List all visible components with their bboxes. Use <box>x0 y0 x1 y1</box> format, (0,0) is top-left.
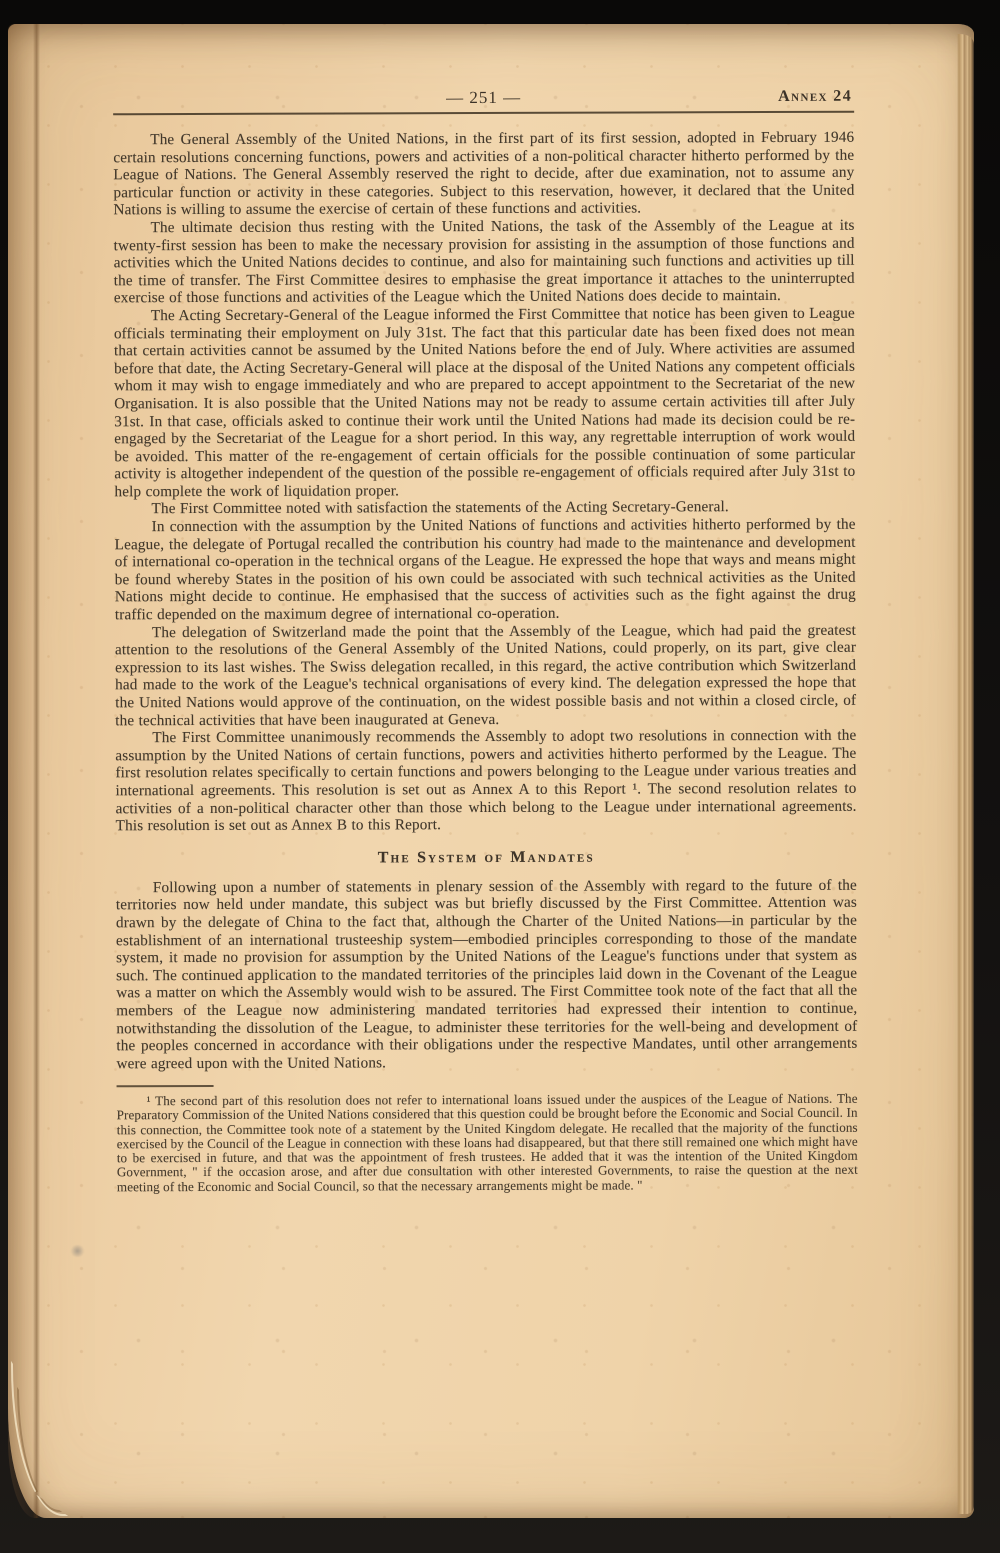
footnote-rule <box>117 1085 214 1087</box>
page-header: — 251 — Annex 24 <box>113 87 854 112</box>
page-content: — 251 — Annex 24 The General Assembly of… <box>113 87 858 1194</box>
paragraph: The ultimate decision thus resting with … <box>114 217 855 308</box>
scanned-book-photo: — 251 — Annex 24 The General Assembly of… <box>0 0 1000 1553</box>
paragraph: In connection with the assumption by the… <box>115 516 856 624</box>
footnote: ¹ The second part of this resolution doe… <box>117 1092 858 1194</box>
section-heading: The System of Mandates <box>116 847 857 868</box>
header-rule <box>113 111 854 116</box>
page-crease <box>33 24 40 1518</box>
ink-smudge <box>70 1245 85 1257</box>
page-fore-edge-stack <box>957 34 974 1514</box>
paragraph: The General Assembly of the United Natio… <box>113 129 854 220</box>
annex-label: Annex 24 <box>778 88 852 106</box>
paragraph: Following upon a number of statements in… <box>116 876 858 1072</box>
paragraph: The Acting Secretary-General of the Leag… <box>114 305 856 501</box>
page-number: — 251 — <box>446 88 521 108</box>
paragraph: The delegation of Switzerland made the p… <box>115 621 856 729</box>
body-text: The General Assembly of the United Natio… <box>113 129 857 1073</box>
book-page: — 251 — Annex 24 The General Assembly of… <box>8 24 974 1518</box>
paragraph: The First Committee unanimously recommen… <box>115 727 856 835</box>
adjacent-page-edge <box>8 24 35 1518</box>
